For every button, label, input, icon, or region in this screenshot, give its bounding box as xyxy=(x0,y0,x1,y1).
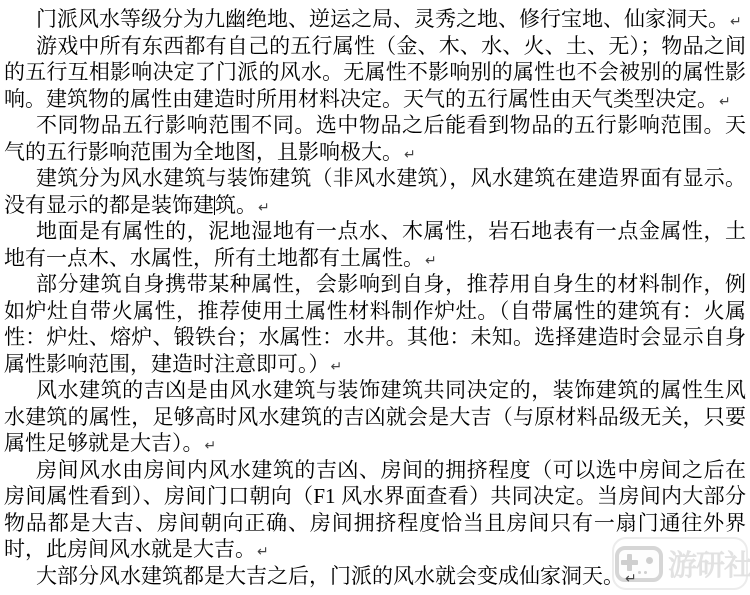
paragraph: 地面是有属性的，泥地湿地有一点水、木属性，岩石地表有一点金属性，土地有一点木、水… xyxy=(4,218,746,271)
paragraph: 部分建筑自身携带某种属性，会影响到自身，推荐用自身生的材料制作，例如炉灶自带火属… xyxy=(4,271,746,377)
paragraph-text: 地面是有属性的，泥地湿地有一点水、木属性，岩石地表有一点金属性，土地有一点木、水… xyxy=(4,219,746,270)
paragraph: 建筑分为风水建筑与装饰建筑（非风水建筑），风水建筑在建造界面有显示。没有显示的都… xyxy=(4,165,746,218)
paragraph: 不同物品五行影响范围不同。选中物品之后能看到物品的五行影响范围。天气的五行影响范… xyxy=(4,112,746,165)
paragraph-mark-icon: ↵ xyxy=(425,253,437,269)
paragraph-mark-icon: ↵ xyxy=(205,438,217,454)
paragraph: 大部分风水建筑都是大吉之后，门派的风水就会变成仙家洞天。↵ xyxy=(4,563,746,590)
paragraph-text: 风水建筑的吉凶是由风水建筑与装饰建筑共同决定的，装饰建筑的属性生风水建筑的属性，… xyxy=(4,378,746,455)
paragraph-mark-icon: ↵ xyxy=(257,544,269,560)
paragraph-mark-icon: ↵ xyxy=(719,94,731,110)
paragraph: 房间风水由房间内风水建筑的吉凶、房间的拥挤程度（可以选中房间之后在房间属性看到）… xyxy=(4,457,746,563)
paragraph-text: 部分建筑自身携带某种属性，会影响到自身，推荐用自身生的材料制作，例如炉灶自带火属… xyxy=(4,272,746,376)
document-page: 游研社 门派风水等级分为九幽绝地、逆运之局、灵秀之地、修行宝地、仙家洞天。↵ 游… xyxy=(0,0,750,595)
paragraph: 门派风水等级分为九幽绝地、逆运之局、灵秀之地、修行宝地、仙家洞天。↵ xyxy=(4,6,746,33)
paragraph-mark-icon: ↵ xyxy=(404,147,416,163)
paragraph-text: 不同物品五行影响范围不同。选中物品之后能看到物品的五行影响范围。天气的五行影响范… xyxy=(4,113,746,164)
paragraph-text: 建筑分为风水建筑与装饰建筑（非风水建筑），风水建筑在建造界面有显示。没有显示的都… xyxy=(4,166,746,217)
paragraph-text: 房间风水由房间内风水建筑的吉凶、房间的拥挤程度（可以选中房间之后在房间属性看到）… xyxy=(4,458,746,562)
paragraph-text: 游戏中所有东西都有自己的五行属性（金、木、水、火、土、无）；物品之间的五行互相影… xyxy=(4,34,746,111)
paragraph-text: 筑。 xyxy=(215,193,257,217)
paragraph: 游戏中所有东西都有自己的五行属性（金、木、水、火、土、无）；物品之间的五行互相影… xyxy=(4,33,746,113)
paragraph-mark-icon: ↵ xyxy=(331,359,343,375)
document-text-area[interactable]: 门派风水等级分为九幽绝地、逆运之局、灵秀之地、修行宝地、仙家洞天。↵ 游戏中所有… xyxy=(0,0,750,589)
paragraph: 风水建筑的吉凶是由风水建筑与装饰建筑共同决定的，装饰建筑的属性生风水建筑的属性，… xyxy=(4,377,746,457)
paragraph-text: 门派风水等级分为九幽绝地、逆运之局、灵秀之地、修行宝地、仙家洞天。 xyxy=(36,7,729,31)
paragraph-text: 大部分风水建筑都是大吉之后，门派的风水就会变成仙家洞天。 xyxy=(36,564,624,588)
paragraph-mark-icon: ↵ xyxy=(730,14,742,30)
paragraph-mark-icon: ↵ xyxy=(625,571,637,587)
paragraph-mark-icon: ↵ xyxy=(258,200,270,216)
